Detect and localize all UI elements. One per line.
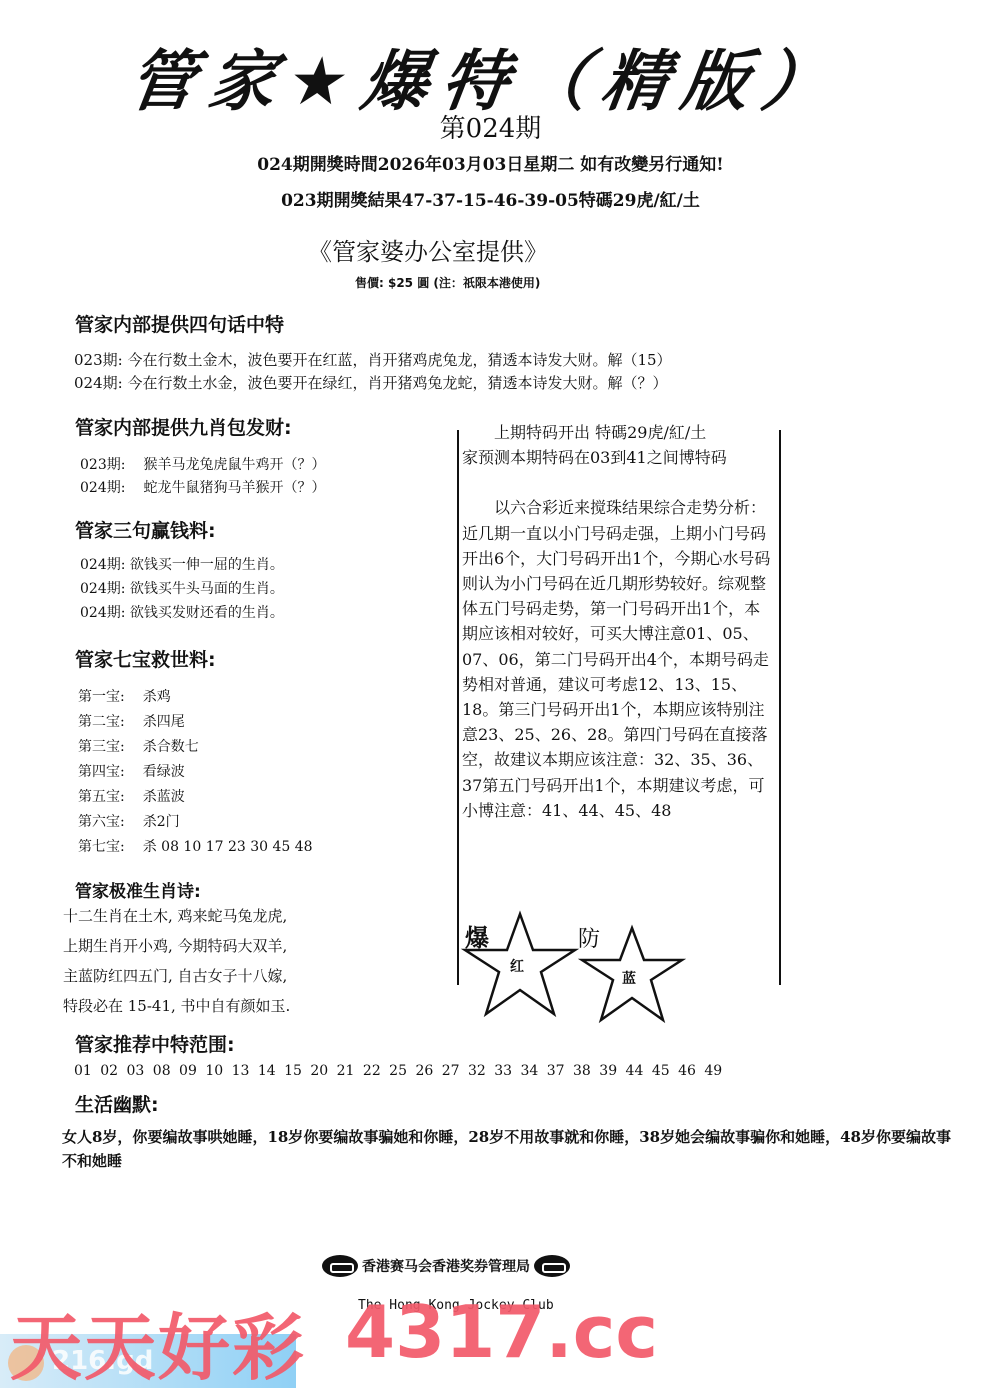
treasure-label: 第二宝:	[78, 712, 125, 732]
treasure-text: 杀合数七	[143, 737, 199, 757]
row-text: 蛇龙牛鼠猪狗马羊猴开（？）	[143, 478, 325, 498]
treasure-row: 第六宝:杀2门	[78, 812, 180, 832]
four-sentences-row: 023期: 今在行数土金木，波色要开在红蓝，肖开猪鸡虎兔龙，猜透本诗发大财。解（…	[74, 350, 672, 370]
humor-text: 女人8岁，你要编故事哄她睡，18岁你要编故事骗她和你睡，28岁不用故事就和你睡，…	[62, 1125, 962, 1173]
provider: 《管家婆办公室提供》	[308, 232, 548, 267]
treasure-label: 第五宝:	[78, 787, 125, 807]
treasure-row: 第一宝:杀鸡	[78, 687, 171, 707]
org-name-cn: 香港赛马会香港奖券管理局	[362, 1256, 530, 1276]
four-sentences-heading: 管家内部提供四句话中特	[75, 310, 284, 337]
seven-treasures-heading: 管家七宝救世料:	[75, 645, 216, 672]
last-result: 023期開獎結果47-37-15-46-39-05特碼29虎/紅/土	[0, 186, 981, 211]
row-issue: 024期:	[80, 605, 125, 621]
three-sentences-row: 024期: 欲钱买发财还看的生肖。	[80, 603, 284, 623]
row-text: 今在行数土水金，波色要开在绿红，肖开猪鸡兔龙蛇，猜透本诗发大财。解（？）	[127, 374, 667, 392]
jockey-club-emblem-icon	[322, 1255, 358, 1277]
analysis-paragraph: 以六合彩近来搅珠结果综合走势分析：近几期一直以小门号码走强，上期小门号码开出6个…	[462, 495, 772, 823]
red-color-label: 红	[510, 956, 524, 976]
treasure-label: 第一宝:	[78, 687, 125, 707]
treasure-row: 第四宝:看绿波	[78, 762, 185, 782]
humor-heading: 生活幽默:	[75, 1090, 159, 1117]
analysis-box: 上期特码开出 特碼29虎/紅/土 家预测本期特码在03到41之间博特码 以六合彩…	[462, 420, 772, 823]
treasure-text: 杀鸡	[143, 687, 171, 707]
row-issue: 024期:	[80, 557, 125, 573]
treasure-text: 杀 08 10 17 23 30 45 48	[143, 837, 313, 857]
row-issue: 023期:	[74, 351, 123, 369]
treasure-row: 第七宝:杀 08 10 17 23 30 45 48	[78, 837, 313, 857]
row-text: 今在行数土金木，波色要开在红蓝，肖开猪鸡虎兔龙，猜透本诗发大财。解（15）	[127, 351, 671, 369]
row-text: 欲钱买发财还看的生肖。	[130, 605, 284, 621]
nine-zodiac-heading: 管家内部提供九肖包发财:	[75, 413, 292, 440]
poem-line: 主蓝防红四五门, 自古女子十八嫁,	[63, 966, 287, 986]
treasure-label: 第三宝:	[78, 737, 125, 757]
treasure-row: 第五宝:杀蓝波	[78, 787, 185, 807]
row-issue: 024期:	[80, 478, 125, 498]
treasure-text: 看绿波	[143, 762, 185, 782]
row-text: 猴羊马龙兔虎鼠牛鸡开（？）	[143, 455, 325, 475]
row-text: 欲钱买牛头马面的生肖。	[130, 581, 284, 597]
row-issue: 024期:	[74, 374, 123, 392]
treasure-label: 第七宝:	[78, 837, 125, 857]
treasure-label: 第六宝:	[78, 812, 125, 832]
three-sentences-row: 024期: 欲钱买牛头马面的生肖。	[80, 579, 284, 599]
poem-line: 十二生肖在土木, 鸡来蛇马兔龙虎,	[63, 906, 287, 926]
treasure-row: 第三宝:杀合数七	[78, 737, 199, 757]
treasure-text: 杀2门	[143, 812, 180, 832]
treasure-text: 杀蓝波	[143, 787, 185, 807]
row-issue: 024期:	[80, 581, 125, 597]
issue-number: 第024期	[0, 108, 981, 145]
range-heading: 管家推荐中特范围:	[75, 1030, 235, 1057]
row-issue: 023期:	[80, 455, 125, 475]
poem-heading: 管家极准生肖诗:	[75, 877, 201, 902]
watermark-left: 天天好彩	[10, 1290, 306, 1388]
row-text: 欲钱买一伸一屈的生肖。	[130, 557, 284, 573]
poem-line: 特段必在 15-41, 书中自有颜如玉.	[63, 996, 290, 1016]
box-line-top: 家预测本期特码在03到41之间博特码	[462, 445, 772, 470]
price: 售價: $25 圓 (注：祇限本港使用)	[355, 274, 540, 291]
draw-time: 024期開獎時間2026年03月03日星期二 如有改變另行通知!	[0, 150, 981, 175]
blue-color-label: 蓝	[622, 968, 636, 988]
jockey-club-emblem-icon	[534, 1255, 570, 1277]
poem-line: 上期生肖开小鸡, 今期特码大双羊,	[63, 936, 287, 956]
three-sentences-row: 024期: 欲钱买一伸一屈的生肖。	[80, 555, 284, 575]
treasure-label: 第四宝:	[78, 762, 125, 782]
box-line-top: 上期特码开出 特碼29虎/紅/土	[462, 420, 772, 445]
hkjc-org: 香港赛马会香港奖券管理局	[322, 1255, 570, 1277]
four-sentences-row: 024期: 今在行数土水金，波色要开在绿红，肖开猪鸡兔龙蛇，猜透本诗发大财。解（…	[74, 373, 667, 393]
nine-zodiac-row: 023期: 猴羊马龙兔虎鼠牛鸡开（？）	[80, 455, 325, 475]
nine-zodiac-row: 024期: 蛇龙牛鼠猪狗马羊猴开（？）	[80, 478, 325, 498]
treasure-row: 第二宝:杀四尾	[78, 712, 185, 732]
range-numbers: 01 02 03 08 09 10 13 14 15 20 21 22 25 2…	[74, 1063, 722, 1079]
three-sentences-heading: 管家三句赢钱料:	[75, 516, 216, 543]
watermark-right: 4317.cc	[345, 1290, 658, 1374]
treasure-text: 杀四尾	[143, 712, 185, 732]
